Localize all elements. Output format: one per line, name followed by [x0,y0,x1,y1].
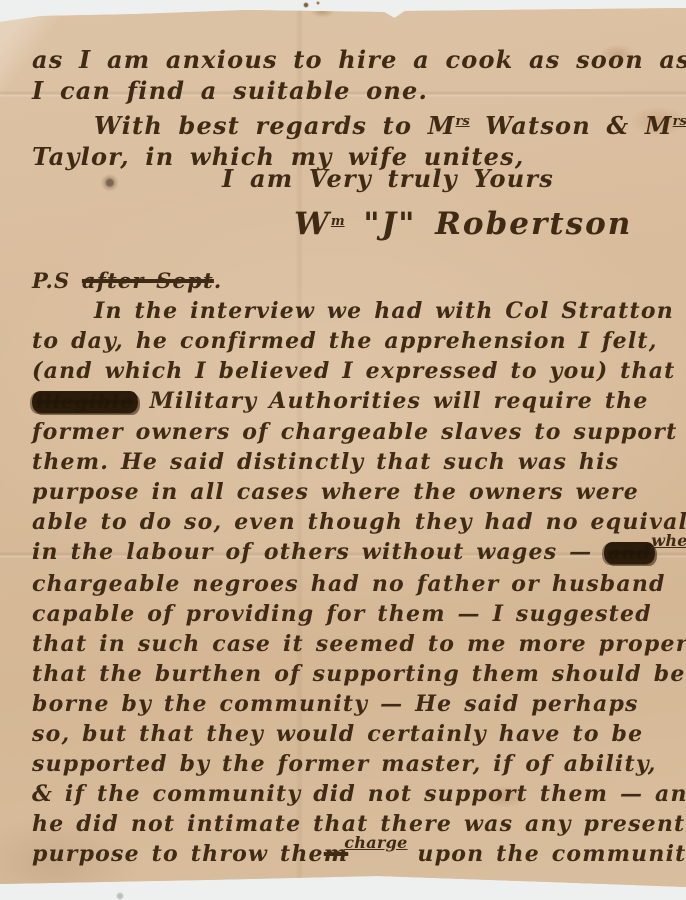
letter-paper: as I am anxious to hire a cook as soon a… [0,0,686,900]
handwriting-text: former owners of chargeable slaves to su… [32,419,677,445]
handwritten-line: illegible Military Authorities will requ… [32,386,686,417]
handwritten-line: purpose to throw themcharge upon the com… [32,839,686,871]
handwritten-line: In the interview we had with Col Stratto… [32,296,686,326]
handwriting-text: I can find a suitable one. [32,76,428,105]
handwritten-line: as I am anxious to hire a cook as soon a… [32,44,686,75]
handwriting-text: to day, he confirmed the apprehension I … [32,328,658,354]
handwritten-line: purpose in all cases where the owners we… [32,477,686,507]
handwritten-line: so, but that they would certainly have t… [32,719,686,749]
handwriting-text: supported by the former master, if of ab… [32,751,657,777]
handwriting-text: W [294,206,331,242]
scan-background: as I am anxious to hire a cook as soon a… [0,0,686,900]
handwriting-text: Military Authorities will require the [138,388,649,414]
handwriting-text: purpose in all cases where the owners we… [32,479,639,505]
handwritten-line: Wm "J" Robertson [32,200,686,246]
handwritten-line: that in such case it seemed to me more p… [32,629,686,659]
superscript-abbreviation: rs [456,114,470,129]
handwriting-text: borne by the community — He said perhaps [32,691,639,717]
handwritten-line: to day, he confirmed the apprehension I … [32,326,686,356]
handwritten-line: With best regards to Mrs Watson & Mrs [32,106,686,141]
handwriting-text: With best regards to M [94,111,456,140]
handwritten-line: chargeable negroes had no father or husb… [32,569,686,599]
handwritten-line: capable of providing for them — I sugges… [32,599,686,629]
handwriting-text: them. He said distinctly that such was h… [32,449,619,475]
scratched-out-word: and [604,542,655,564]
inserted-word: charge [344,828,407,858]
handwriting-text: so, but that they would certainly have t… [32,721,643,747]
handwritten-line: that the burthen of supporting them shou… [32,659,686,689]
superscript-abbreviation: rs [673,114,686,129]
inserted-word: where [651,526,686,556]
postscript-section: P.S after Sept.In the interview we had w… [32,266,686,871]
handwriting-text: upon the community. [406,841,686,867]
handwriting-text: capable of providing for them — I sugges… [32,601,652,627]
handwriting-text: . [214,268,223,293]
handwritten-line: P.S after Sept. [32,266,686,296]
handwriting-text: I am Very truly Yours [222,164,554,193]
handwriting-text: in the labour of others without wages — [32,539,604,565]
handwriting-text: that the burthen of supporting them shou… [32,661,686,687]
handwritten-line: (and which I believed I expressed to you… [32,356,686,386]
handwritten-line: I can find a suitable one. [32,75,686,106]
letter-ink-layer: as I am anxious to hire a cook as soon a… [32,0,686,900]
handwriting-text: purpose to throw the [32,841,324,867]
handwriting-text: as I am anxious to hire a cook as soon a… [32,45,686,74]
handwriting-text: able to do so, even though they had no e… [32,509,686,535]
handwriting-text: (and which I believed I expressed to you… [32,358,686,384]
superscript-abbreviation: m [331,214,345,229]
handwritten-line: supported by the former master, if of ab… [32,749,686,779]
handwritten-line: former owners of chargeable slaves to su… [32,417,686,447]
handwritten-line: them. He said distinctly that such was h… [32,447,686,477]
handwriting-text: "J" Robertson [345,206,633,242]
handwriting-text: In the interview we had with Col Stratto… [94,298,674,324]
scratched-out-word: illegible [32,391,138,413]
handwriting-text: & if the community did not support them … [32,781,686,807]
handwritten-line: able to do so, even though they had no e… [32,507,686,537]
handwritten-line: & if the community did not support them … [32,779,686,809]
handwriting-text: P.S [32,268,82,293]
struck-word: after Sept [82,268,214,293]
letter-body-top: as I am anxious to hire a cook as soon a… [32,44,686,246]
handwriting-text: chargeable negroes had no father or husb… [32,571,666,597]
handwriting-text: that in such case it seemed to me more p… [32,631,686,657]
handwritten-line: in the labour of others without wages — … [32,537,686,569]
handwriting-text: Watson & M [470,111,673,140]
handwritten-line: borne by the community — He said perhaps [32,689,686,719]
